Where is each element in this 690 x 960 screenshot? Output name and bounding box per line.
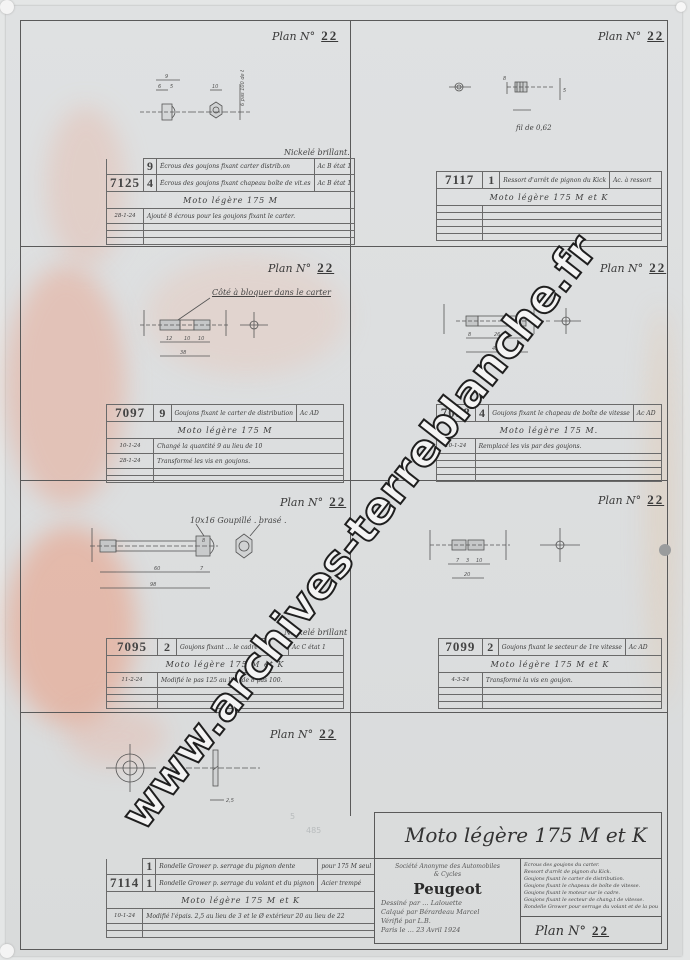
part-table-7098: 70984Goujons fixant le chapeau de boîte … xyxy=(436,404,662,482)
svg-text:20: 20 xyxy=(464,572,470,578)
horizontal-divider xyxy=(20,246,668,247)
svg-text:5: 5 xyxy=(563,88,566,94)
plan-number-label: Plan N°22 xyxy=(598,492,664,508)
pin-hole xyxy=(0,0,14,14)
washer-drawing: 2,5 xyxy=(100,740,270,810)
svg-text:12: 12 xyxy=(166,336,172,342)
svg-text:6 pas 100 de 8: 6 pas 100 de 8 xyxy=(240,70,246,106)
parts-list-item: Goujons fixant le carter de distribution… xyxy=(524,876,658,883)
vertical-divider xyxy=(350,20,351,816)
part-table-7099: 70992Goujons fixant le secteur de 1re vi… xyxy=(438,638,662,709)
model-name: Moto légère 175 M et K xyxy=(107,892,375,909)
svg-text:6: 6 xyxy=(158,84,161,90)
parts-list-item: Écrous des goujons du carter. xyxy=(524,862,658,869)
svg-text:38: 38 xyxy=(180,350,186,356)
bolt-drawing: 8 60 7 98 xyxy=(90,520,280,600)
pencil-note: 5 xyxy=(290,812,295,821)
parts-list: Écrous des goujons du carter. Ressort d'… xyxy=(521,859,661,917)
plan-number-label: Plan N°22 xyxy=(600,260,666,276)
svg-text:5: 5 xyxy=(170,84,173,90)
title-plan-number: Plan N°22 xyxy=(521,917,661,943)
svg-text:10: 10 xyxy=(476,558,482,564)
part-table-7125: 9Écrous des goujons fixant carter distri… xyxy=(106,158,355,245)
model-name: Moto légère 175 M xyxy=(107,422,344,439)
svg-text:3: 3 xyxy=(466,558,469,564)
part-number: 7097 xyxy=(107,405,154,422)
traced-by: Calqué par Bérardeau Marcel xyxy=(381,908,514,917)
part-number: 7095 xyxy=(107,639,158,656)
model-name: Moto légère 175 M. xyxy=(437,422,662,439)
svg-text:7: 7 xyxy=(456,558,460,564)
stud-short-drawing: 7 3 10 20 xyxy=(420,520,590,590)
part-number: 7098 xyxy=(437,405,476,422)
verified-by: Vérifié par L.B. xyxy=(381,917,514,926)
company-block: Société Anonyme des Automobiles & Cycles… xyxy=(375,859,521,943)
plan-number-label: Plan N°22 xyxy=(272,28,338,44)
document-title: Moto légère 175 M et K xyxy=(375,813,661,859)
svg-text:8: 8 xyxy=(202,538,205,544)
pin-hole xyxy=(0,944,14,958)
pin-hole xyxy=(659,544,671,556)
brand-logo: Peugeot xyxy=(381,880,514,898)
company-name-2: & Cycles xyxy=(381,871,514,879)
title-block: Moto légère 175 M et K Société Anonyme d… xyxy=(374,812,662,944)
parts-list-item: Goujons fixant le chapeau de boîte de vi… xyxy=(524,883,658,890)
spring-drawing: 8 5 xyxy=(445,70,575,130)
svg-text:7: 7 xyxy=(520,332,524,338)
svg-text:98: 98 xyxy=(150,582,156,588)
horizontal-divider xyxy=(20,712,668,713)
plan-number-label: Plan N°22 xyxy=(280,494,346,510)
drawn-by: Dessiné par … Lalouette xyxy=(381,899,514,908)
svg-text:7: 7 xyxy=(200,566,204,572)
model-name: Moto légère 175 M et K xyxy=(439,656,662,673)
svg-text:60: 60 xyxy=(154,566,160,572)
svg-text:10: 10 xyxy=(212,84,218,90)
part-table-7095: 70952Goujons fixant ... le cadreAc C éta… xyxy=(106,638,344,709)
drawing-note: fil de 0,62 xyxy=(516,124,552,132)
svg-text:9: 9 xyxy=(165,74,168,80)
plan-number-label: Plan N°22 xyxy=(598,28,664,44)
parts-list-item: Goujons fixant le moteur sur le cadre. xyxy=(524,890,658,897)
part-table-7097: 70979Goujons fixant le carter de distrib… xyxy=(106,404,344,483)
finish-note: Nickelé brillant xyxy=(284,628,347,637)
parts-list-item: Goujons fixant le secteur de chang.t de … xyxy=(524,897,658,904)
finish-note: Nickelé brillant. xyxy=(284,148,350,157)
part-number: 7114 xyxy=(107,875,143,892)
plan-number-label: Plan N°22 xyxy=(270,726,336,742)
company-name: Société Anonyme des Automobiles xyxy=(381,863,514,871)
part-number: 7099 xyxy=(439,639,483,656)
svg-text:8: 8 xyxy=(468,332,471,338)
model-name: Moto légère 175 M et K xyxy=(107,656,344,673)
model-name: Moto légère 175 M et K xyxy=(437,189,662,206)
svg-text:2,5: 2,5 xyxy=(226,798,234,804)
svg-text:10: 10 xyxy=(184,336,190,342)
stud-long-drawing: 8 26 7 45 xyxy=(436,290,596,360)
svg-text:8: 8 xyxy=(503,76,506,82)
svg-text:26: 26 xyxy=(494,332,500,338)
part-number: 7125 xyxy=(107,175,144,192)
pin-hole xyxy=(676,2,686,12)
part-number: 7117 xyxy=(437,172,483,189)
svg-text:10: 10 xyxy=(198,336,204,342)
plan-number-label: Plan N°22 xyxy=(268,260,334,276)
model-name: Moto légère 175 M xyxy=(107,192,355,209)
place-date: Paris le … 23 Avril 1924 xyxy=(381,926,514,935)
svg-text:45: 45 xyxy=(492,346,498,352)
part-table-7117: 71171Ressort d'arrêt de pignon du KickAc… xyxy=(436,171,662,241)
nut-drawing: 9 6 5 10 6 pas 100 de 8 xyxy=(140,70,260,130)
pencil-note: 485 xyxy=(306,826,321,835)
parts-list-item: Rondelle Grower pour serrage du volant e… xyxy=(524,904,658,911)
parts-list-item: Ressort d'arrêt de pignon du Kick. xyxy=(524,869,658,876)
part-table-7114: 1Rondelle Grower p. serrage du pignon de… xyxy=(106,858,375,938)
stud-drawing: 12 10 10 38 xyxy=(140,290,300,360)
